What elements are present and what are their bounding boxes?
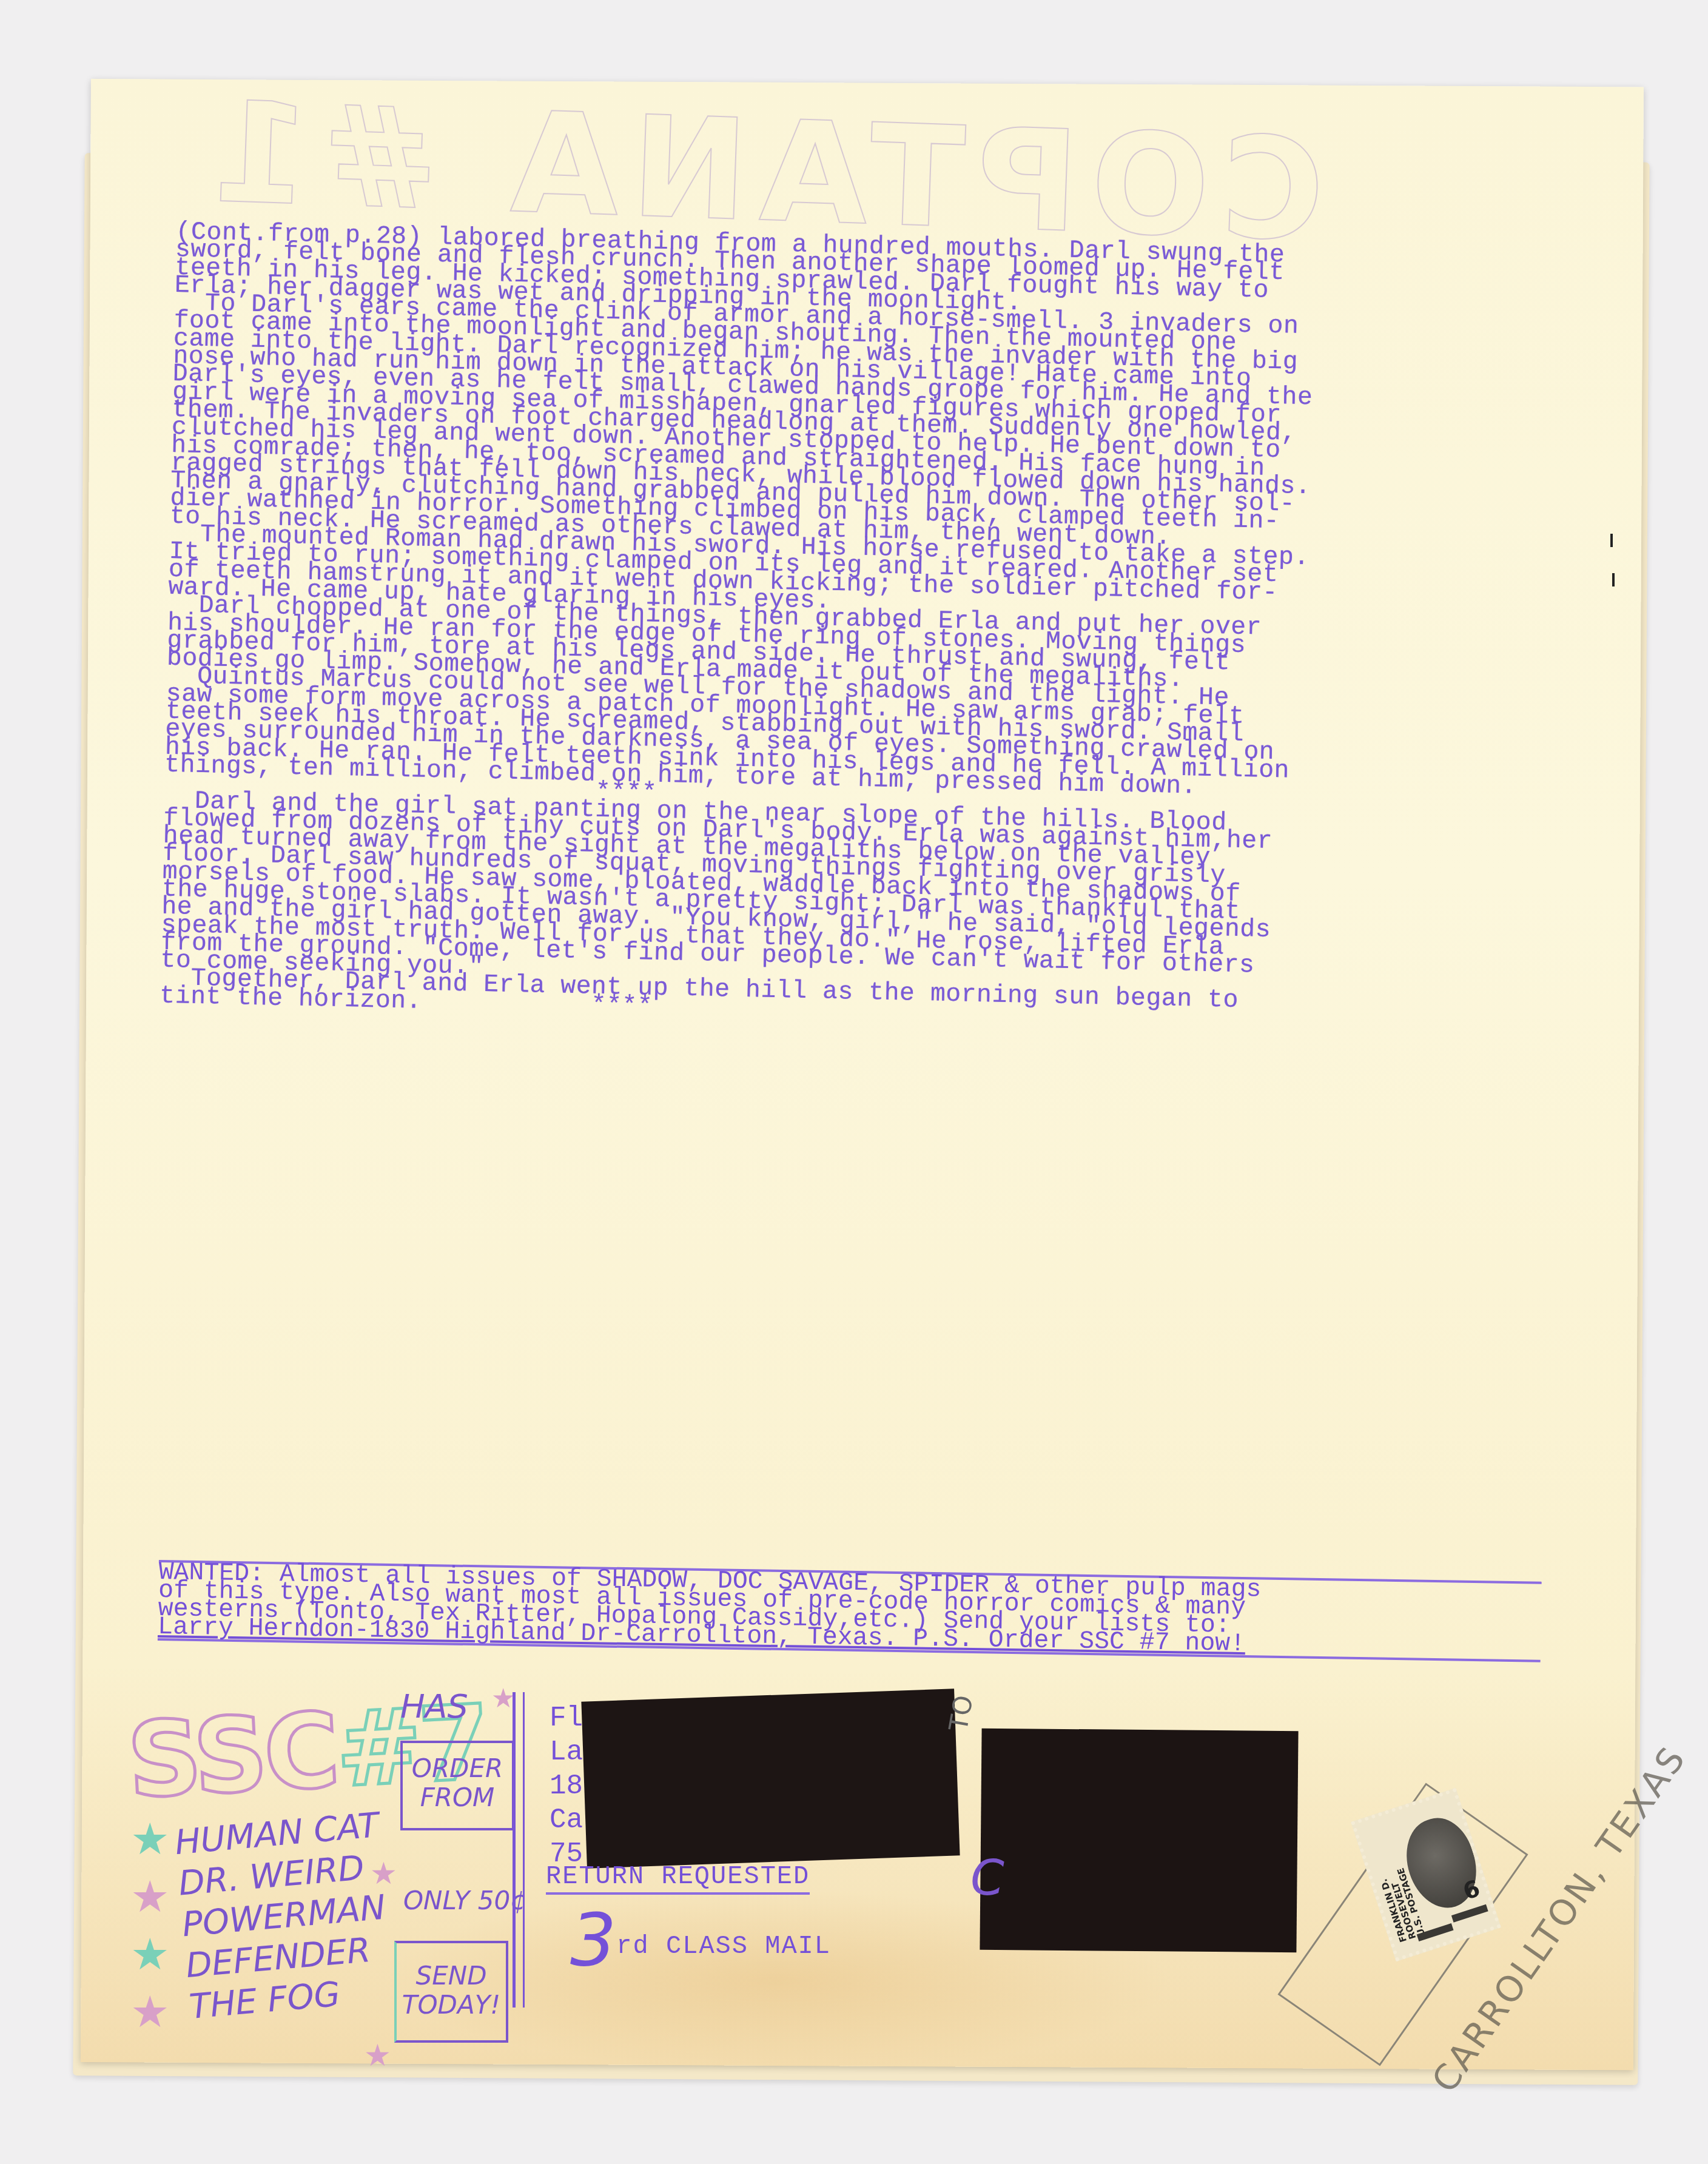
to-label: TO [943, 1693, 978, 1733]
redaction-block [581, 1689, 960, 1868]
address-line: Fl [550, 1701, 583, 1735]
address-line: Ca [550, 1803, 583, 1837]
mail-class-text: rd CLASS MAIL [616, 1932, 831, 1961]
divider-line [523, 1692, 525, 2008]
star-icon: ★ [491, 1683, 515, 1714]
has-label: HAS [400, 1692, 468, 1721]
star-icon: ★ [370, 1856, 397, 1891]
return-requested: RETURN REQUESTED [546, 1862, 810, 1895]
hero-list: HUMAN CAT DR. WEIRD POWERMAN DEFENDER TH… [173, 1805, 395, 2028]
order-from-label: ORDER FROM [403, 1743, 512, 1812]
send-today-label: SEND TODAY! [397, 1943, 506, 2020]
redaction-block [980, 1729, 1298, 1953]
star-icon: ★ [130, 1813, 170, 1864]
mail-class-number: 3 [570, 1898, 616, 1983]
return-address-partial: Fl La 18 Ca 75 [550, 1701, 583, 1871]
stamp-bar [1451, 1904, 1488, 1923]
star-icon: ★ [130, 1986, 170, 2037]
price-label: ONLY 50¢ [403, 1886, 526, 1915]
address-line: 18 [550, 1769, 583, 1803]
address-line: La [550, 1735, 583, 1769]
star-icon: ★ [130, 1929, 170, 1980]
send-today-box: SEND TODAY! [394, 1941, 508, 2043]
mail-class: 3rd CLASS MAIL [570, 1898, 831, 1983]
promo-title-text: SSC [124, 1691, 339, 1822]
story-text: (Cont.from p.28) labored breathing from … [160, 223, 1541, 1033]
handwritten-mark: C [970, 1850, 1004, 1906]
order-from-box: ORDER FROM [400, 1741, 514, 1830]
star-icon: ★ [364, 2038, 391, 2073]
star-icon: ★ [130, 1871, 170, 1922]
binding-mark [1610, 534, 1613, 547]
divider-line [513, 1692, 516, 2008]
binding-mark [1612, 573, 1615, 586]
